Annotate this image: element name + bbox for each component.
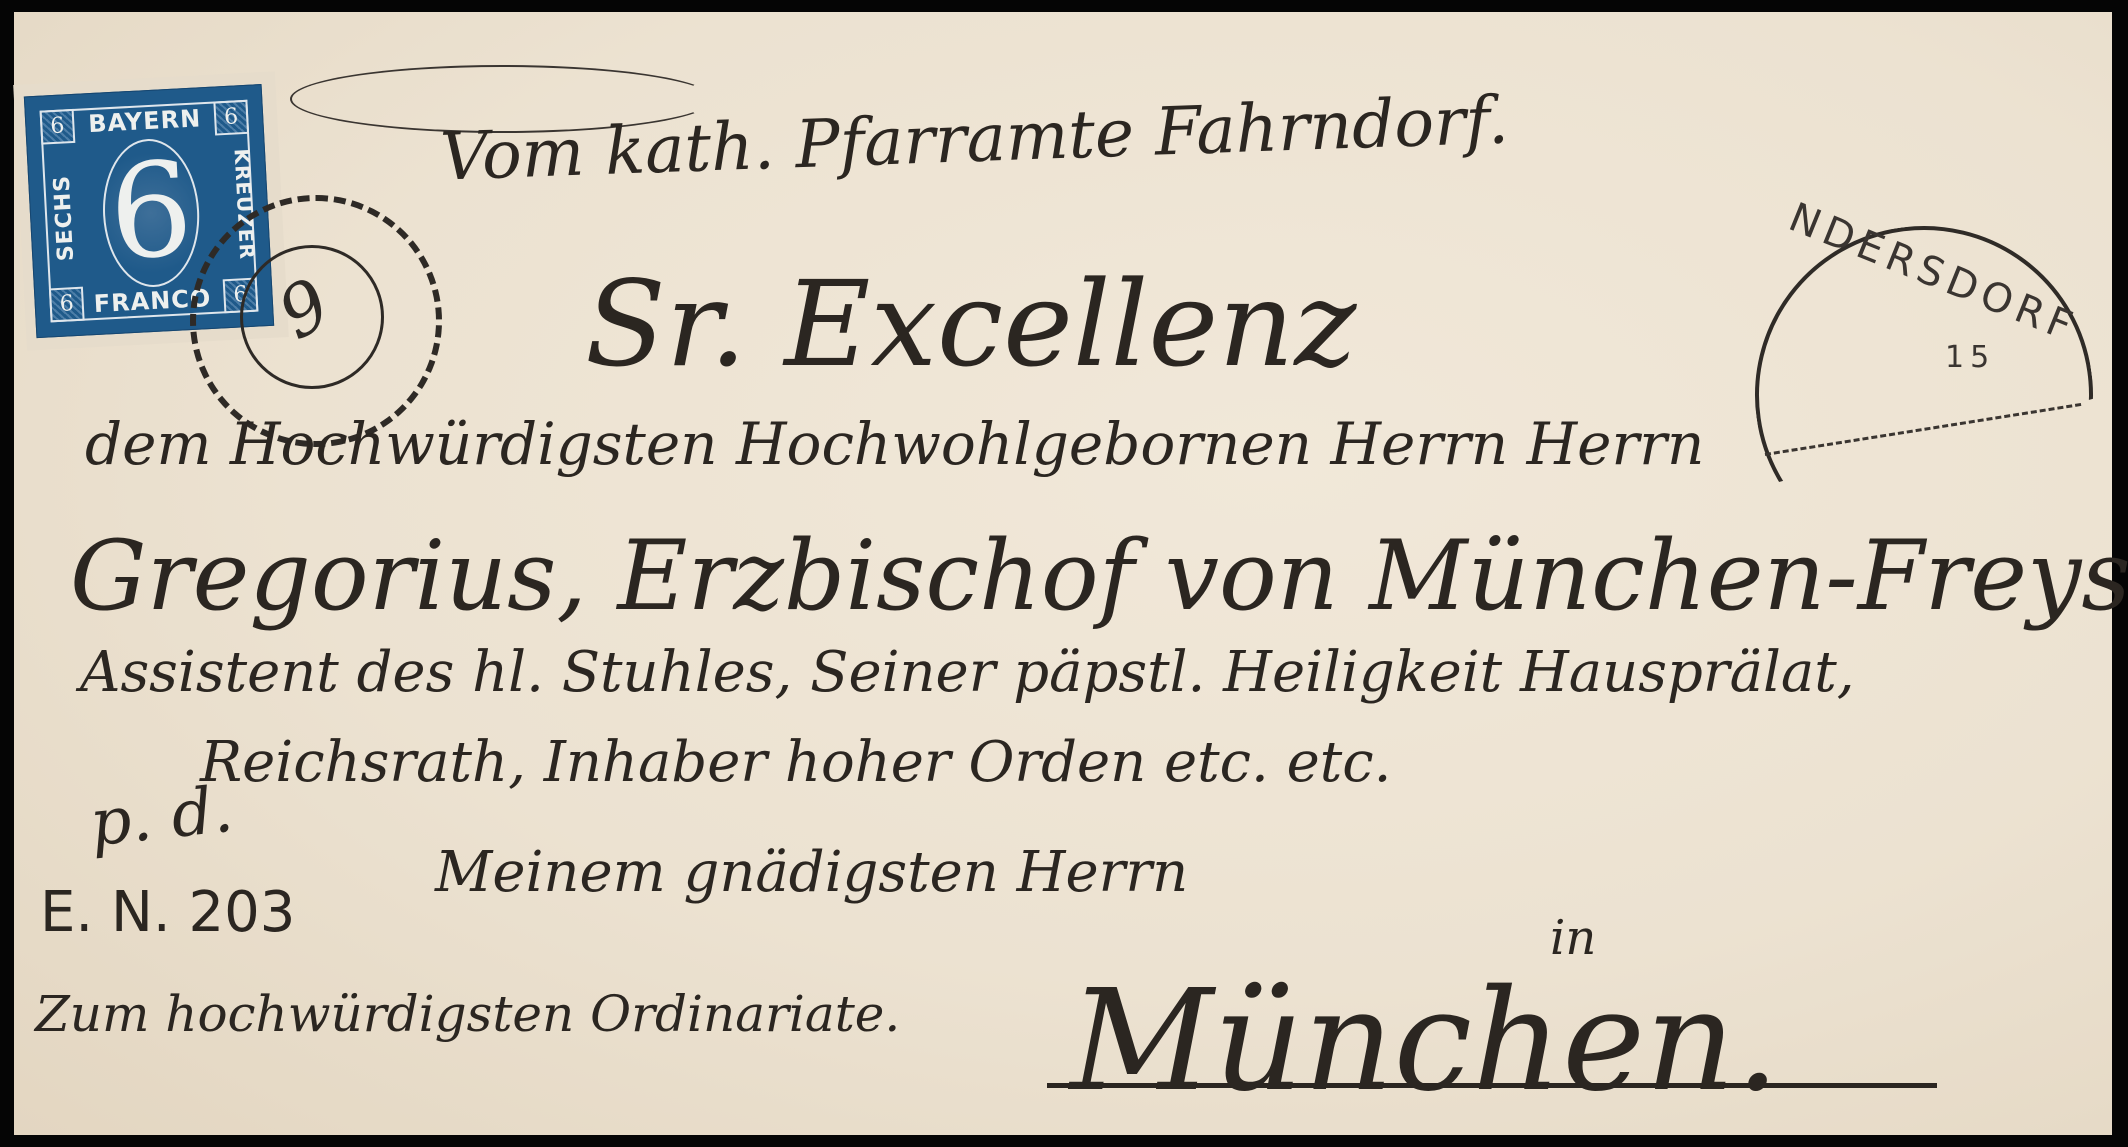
- stamp-denomination: 6: [99, 137, 203, 290]
- corner-numeral-tl: 6: [40, 109, 76, 145]
- destination-city: München.: [1070, 960, 1780, 1123]
- dedication-line: Meinem gnädigsten Herrn: [435, 840, 1188, 905]
- recipient-titles-2: Reichsrath, Inhaber hoher Orden etc. etc…: [200, 730, 1391, 795]
- recipient-titles-1: Assistent des hl. Stuhles, Seiner päpstl…: [80, 640, 1855, 705]
- stamp-sechs-text: SECHS: [50, 174, 79, 261]
- corner-numeral-tr: 6: [213, 100, 249, 136]
- reference-number: E. N. 203: [40, 880, 295, 945]
- salutation: Sr. Excellenz: [585, 255, 1356, 393]
- in-word: in: [1550, 910, 1596, 966]
- recipient-name: Gregorius, Erzbischof von München-Freysi…: [70, 520, 2128, 632]
- corner-numeral-bl: 6: [49, 287, 85, 323]
- town-postmark-date: 15: [1945, 340, 1995, 375]
- pd-annotation: p. d.: [87, 773, 237, 862]
- honorific-line: dem Hochwürdigsten Hochwohlgebornen Herr…: [85, 410, 1704, 478]
- city-underline: [1047, 1083, 1937, 1088]
- ordinariate-note: Zum hochwürdigsten Ordinariate.: [35, 985, 900, 1043]
